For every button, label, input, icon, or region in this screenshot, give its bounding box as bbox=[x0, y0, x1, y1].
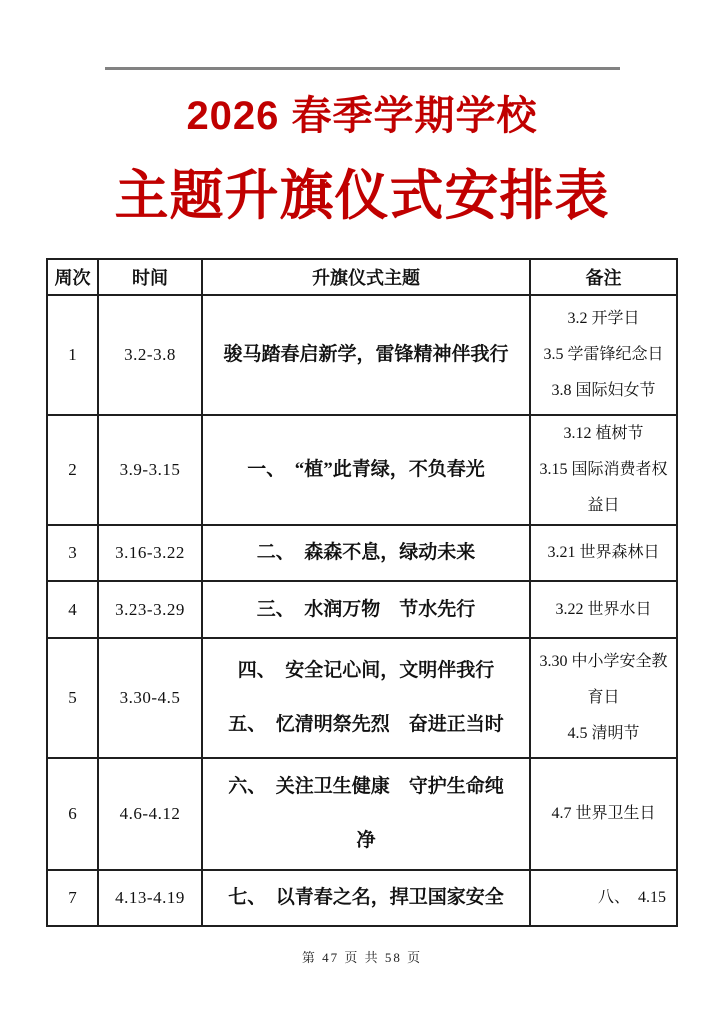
notes-cell: 3.2 开学日 3.5 学雷锋纪念日 3.8 国际妇女节 bbox=[530, 295, 677, 415]
header-rule bbox=[105, 67, 620, 70]
note-text: 3.12 植树节 bbox=[535, 416, 672, 452]
table-row: 7 4.13-4.19 七、 以青春之名，捍卫国家安全 八、 4.15 bbox=[47, 870, 677, 926]
document-page: 2026 春季学期学校 主题升旗仪式安排表 周次 时间 升旗仪式主题 备注 1 … bbox=[0, 0, 724, 1024]
note-text: 4.5 清明节 bbox=[535, 716, 672, 752]
title-block: 2026 春季学期学校 主题升旗仪式安排表 bbox=[0, 0, 724, 228]
theme-cell: 三、 水润万物 节水先行 bbox=[202, 581, 530, 638]
theme-cell: 骏马踏春启新学，雷锋精神伴我行 bbox=[202, 295, 530, 415]
time-cell: 3.2-3.8 bbox=[98, 295, 202, 415]
note-text: 3.22 世界水日 bbox=[535, 592, 672, 628]
theme-cell: 七、 以青春之名，捍卫国家安全 bbox=[202, 870, 530, 926]
theme-cell: 四、 安全记心间，文明伴我行 五、 忆清明祭先烈 奋进正当时 bbox=[202, 638, 530, 758]
theme-text: 二、 森森不息，绿动未来 bbox=[222, 526, 510, 580]
header-time: 时间 bbox=[98, 259, 202, 295]
schedule-table: 周次 时间 升旗仪式主题 备注 1 3.2-3.8 骏马踏春启新学，雷锋精神伴我… bbox=[46, 258, 678, 927]
note-text: 3.21 世界森林日 bbox=[535, 535, 672, 571]
table-row: 2 3.9-3.15 一、 “植”此青绿，不负春光 3.12 植树节 3.15 … bbox=[47, 415, 677, 525]
week-cell: 4 bbox=[47, 581, 98, 638]
note-text: 3.2 开学日 bbox=[535, 301, 672, 337]
theme-text: 四、 安全记心间，文明伴我行 bbox=[222, 644, 510, 698]
notes-cell: 4.7 世界卫生日 bbox=[530, 758, 677, 870]
doc-title-line-2: 主题升旗仪式安排表 bbox=[0, 164, 724, 228]
theme-text: 六、 关注卫生健康 守护生命纯净 bbox=[222, 760, 510, 868]
table-row: 3 3.16-3.22 二、 森森不息，绿动未来 3.21 世界森林日 bbox=[47, 525, 677, 581]
note-text: 3.15 国际消费者权益日 bbox=[535, 452, 672, 524]
table-row: 5 3.30-4.5 四、 安全记心间，文明伴我行 五、 忆清明祭先烈 奋进正当… bbox=[47, 638, 677, 758]
time-cell: 3.30-4.5 bbox=[98, 638, 202, 758]
table-row: 1 3.2-3.8 骏马踏春启新学，雷锋精神伴我行 3.2 开学日 3.5 学雷… bbox=[47, 295, 677, 415]
time-cell: 4.13-4.19 bbox=[98, 870, 202, 926]
week-cell: 7 bbox=[47, 870, 98, 926]
time-cell: 3.16-3.22 bbox=[98, 525, 202, 581]
page-number-footer: 第 47 页 共 58 页 bbox=[0, 947, 724, 966]
notes-cell: 八、 4.15 bbox=[530, 870, 677, 926]
doc-title-line-1: 2026 春季学期学校 bbox=[0, 92, 724, 140]
note-text: 3.5 学雷锋纪念日 bbox=[535, 337, 672, 373]
table-header-row: 周次 时间 升旗仪式主题 备注 bbox=[47, 259, 677, 295]
notes-cell: 3.21 世界森林日 bbox=[530, 525, 677, 581]
theme-text: 一、 “植”此青绿，不负春光 bbox=[222, 443, 510, 497]
header-week: 周次 bbox=[47, 259, 98, 295]
theme-text: 三、 水润万物 节水先行 bbox=[222, 583, 510, 637]
header-theme: 升旗仪式主题 bbox=[202, 259, 530, 295]
time-cell: 3.9-3.15 bbox=[98, 415, 202, 525]
week-cell: 5 bbox=[47, 638, 98, 758]
notes-cell: 3.12 植树节 3.15 国际消费者权益日 bbox=[530, 415, 677, 525]
week-cell: 6 bbox=[47, 758, 98, 870]
table-row: 4 3.23-3.29 三、 水润万物 节水先行 3.22 世界水日 bbox=[47, 581, 677, 638]
theme-cell: 六、 关注卫生健康 守护生命纯净 bbox=[202, 758, 530, 870]
header-notes: 备注 bbox=[530, 259, 677, 295]
note-text: 3.8 国际妇女节 bbox=[535, 373, 672, 409]
theme-cell: 二、 森森不息，绿动未来 bbox=[202, 525, 530, 581]
week-cell: 2 bbox=[47, 415, 98, 525]
theme-text: 骏马踏春启新学，雷锋精神伴我行 bbox=[222, 328, 510, 382]
note-text: 4.7 世界卫生日 bbox=[535, 796, 672, 832]
note-text: 3.30 中小学安全教育日 bbox=[535, 644, 672, 716]
table-row: 6 4.6-4.12 六、 关注卫生健康 守护生命纯净 4.7 世界卫生日 bbox=[47, 758, 677, 870]
theme-cell: 一、 “植”此青绿，不负春光 bbox=[202, 415, 530, 525]
week-cell: 3 bbox=[47, 525, 98, 581]
time-cell: 4.6-4.12 bbox=[98, 758, 202, 870]
note-text: 八、 4.15 bbox=[535, 880, 666, 916]
week-cell: 1 bbox=[47, 295, 98, 415]
theme-text: 五、 忆清明祭先烈 奋进正当时 bbox=[222, 698, 510, 752]
notes-cell: 3.22 世界水日 bbox=[530, 581, 677, 638]
notes-cell: 3.30 中小学安全教育日 4.5 清明节 bbox=[530, 638, 677, 758]
theme-text: 七、 以青春之名，捍卫国家安全 bbox=[222, 871, 510, 925]
time-cell: 3.23-3.29 bbox=[98, 581, 202, 638]
